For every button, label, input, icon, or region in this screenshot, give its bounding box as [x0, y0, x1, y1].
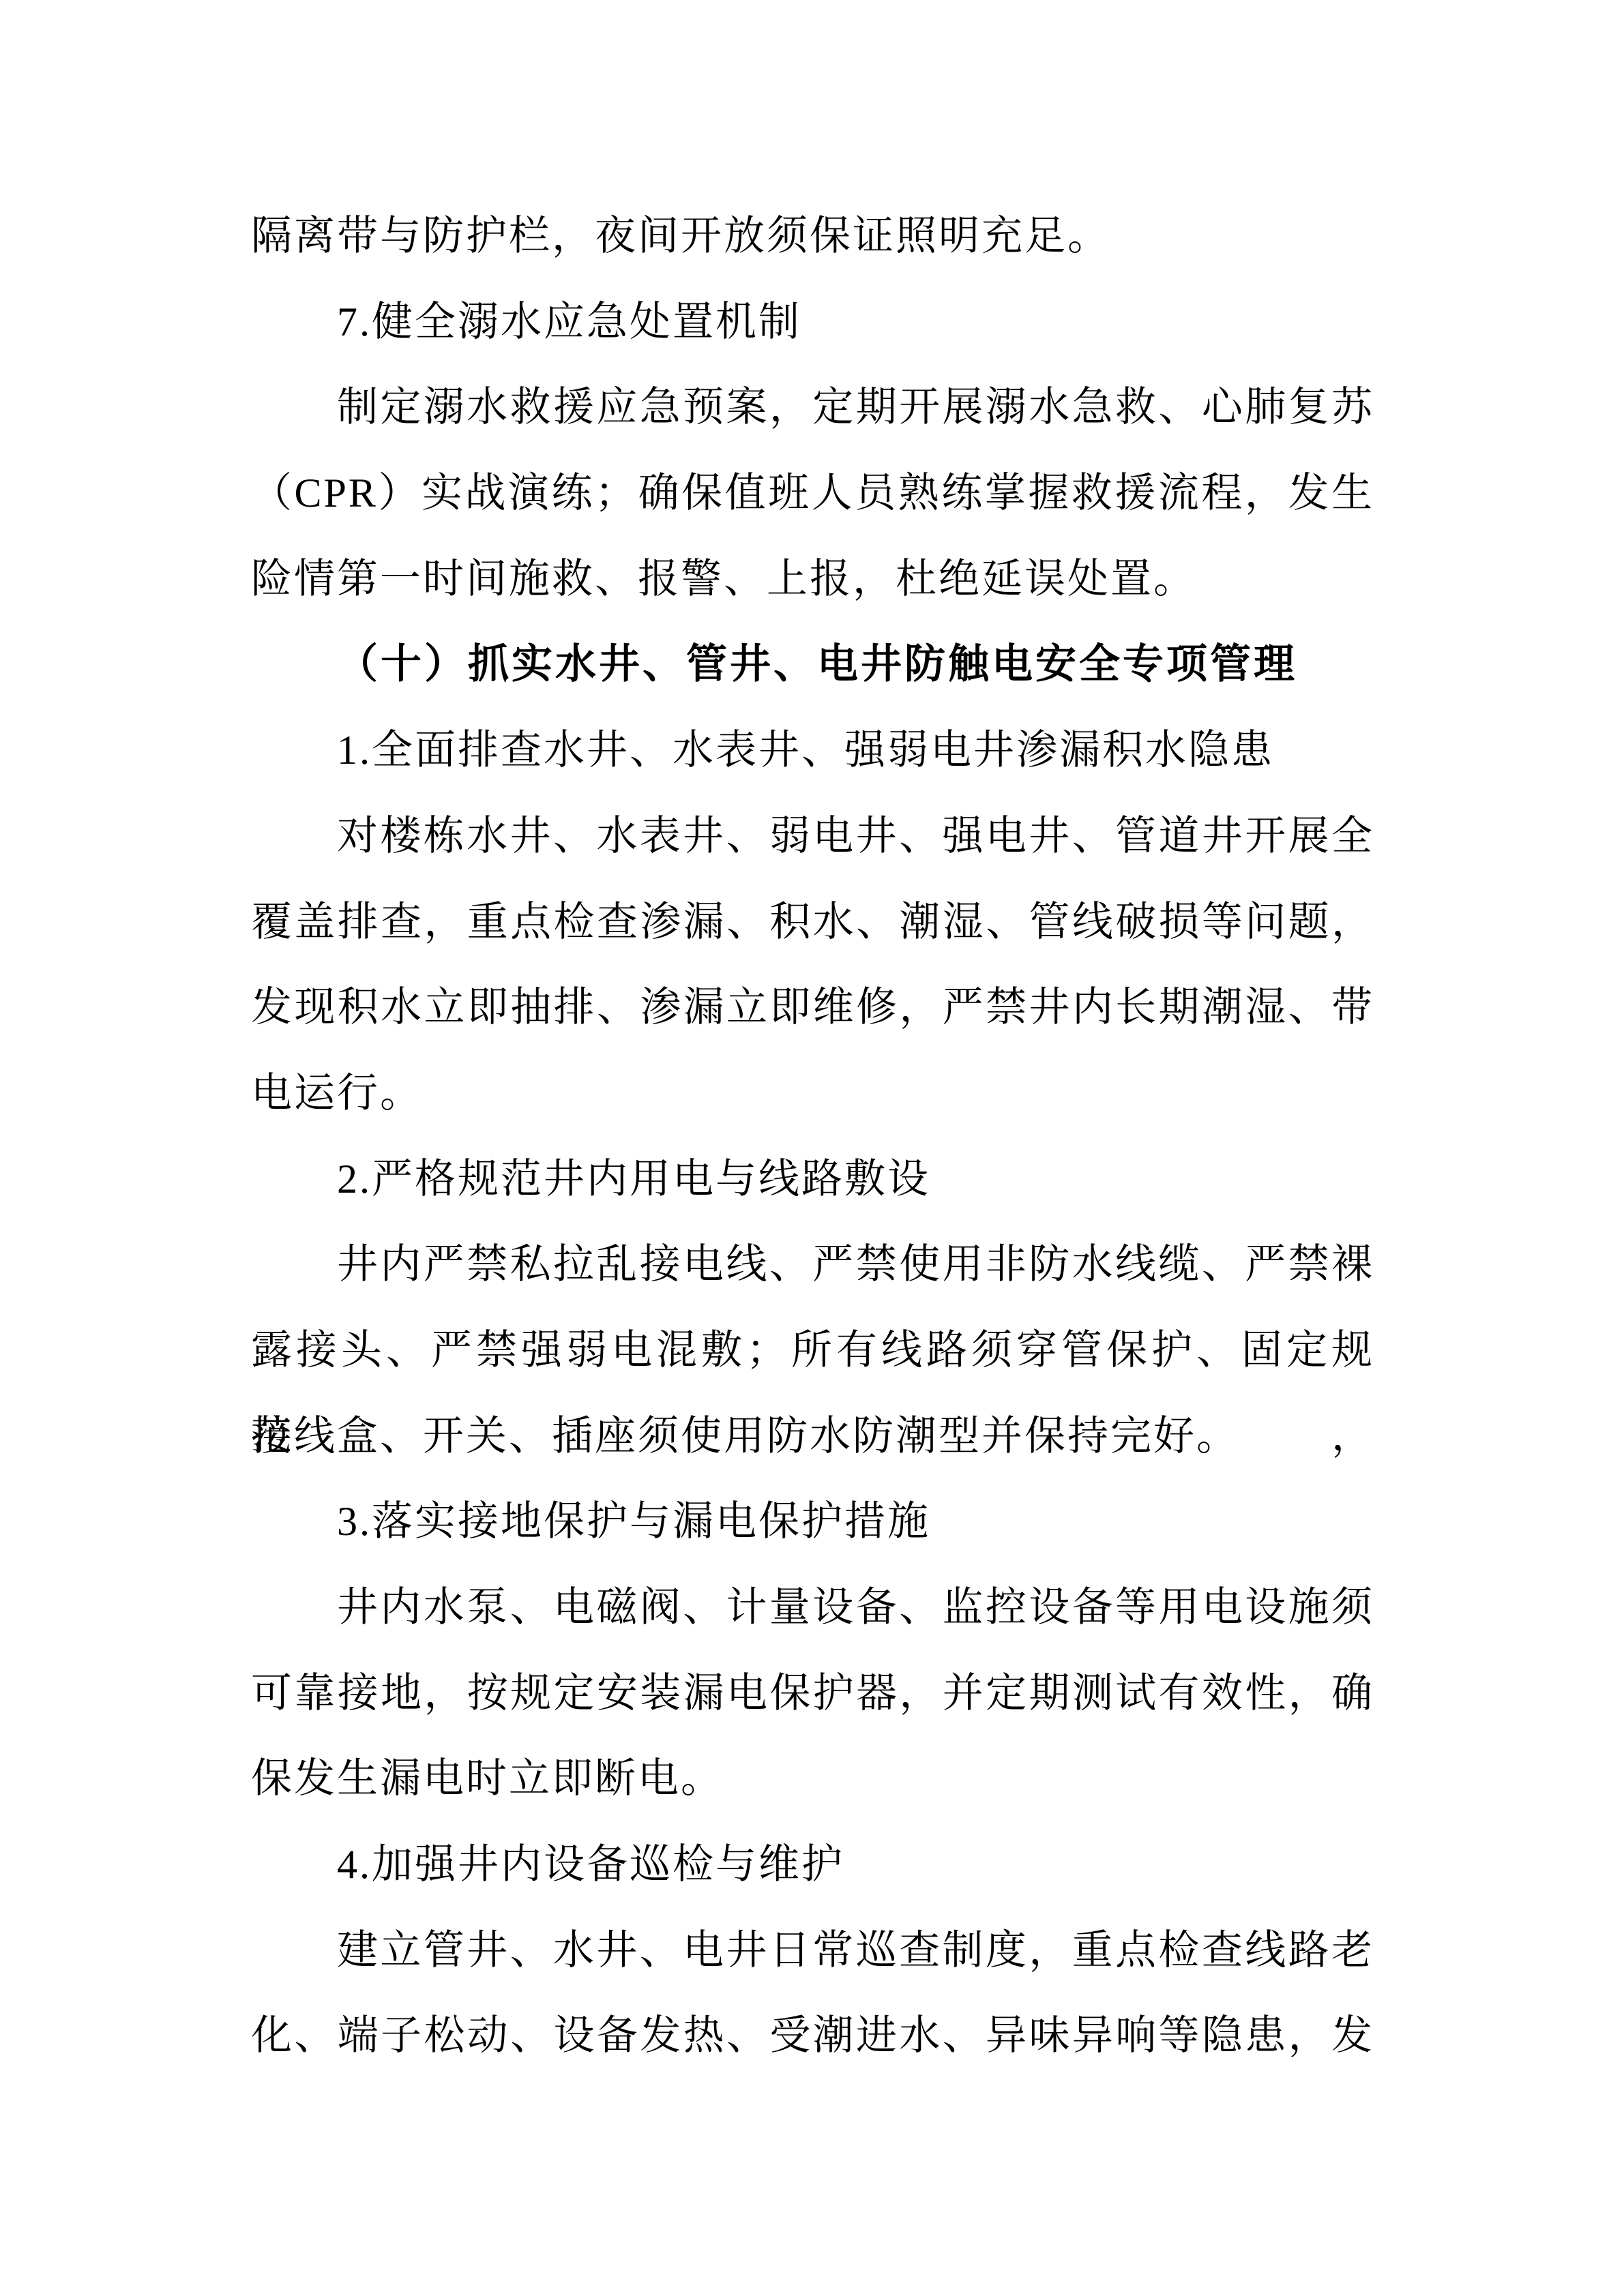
numbered-subheading: 4.加强井内设备巡检与维护 [251, 1822, 1374, 1908]
paragraph-continuation: （CPR）实战演练；确保值班人员熟练掌握救援流程，发生 [251, 451, 1374, 537]
paragraph-first-line: 制定溺水救援应急预案，定期开展溺水急救、心肺复苏 [251, 365, 1374, 451]
paragraph-continuation: 隔离带与防护栏，夜间开放须保证照明充足。 [251, 194, 1374, 280]
paragraph-continuation: 化、端子松动、设备发热、受潮进水、异味异响等隐患，发 [251, 1993, 1374, 2079]
section-heading: （十）抓实水井、管井、电井防触电安全专项管理 [251, 622, 1374, 708]
paragraph-continuation: 险情第一时间施救、报警、上报，杜绝延误处置。 [251, 537, 1374, 623]
paragraph-first-line: 井内严禁私拉乱接电线、严禁使用非防水线缆、严禁裸 [251, 1222, 1374, 1308]
paragraph-continuation: 发现积水立即抽排、渗漏立即维修，严禁井内长期潮湿、带 [251, 965, 1374, 1051]
paragraph-first-line: 建立管井、水井、电井日常巡查制度，重点检查线路老 [251, 1908, 1374, 1994]
numbered-subheading: 3.落实接地保护与漏电保护措施 [251, 1479, 1374, 1565]
document-page: 隔离带与防护栏，夜间开放须保证照明充足。7.健全溺水应急处置机制制定溺水救援应急… [0, 0, 1624, 2296]
paragraph-first-line: 井内水泵、电磁阀、计量设备、监控设备等用电设施须 [251, 1565, 1374, 1651]
paragraph-continuation: 保发生漏电时立即断电。 [251, 1736, 1374, 1822]
paragraph-continuation: 电运行。 [251, 1051, 1374, 1137]
numbered-subheading: 2.严格规范井内用电与线路敷设 [251, 1137, 1374, 1223]
numbered-subheading: 1.全面排查水井、水表井、强弱电井渗漏积水隐患 [251, 708, 1374, 794]
numbered-subheading: 7.健全溺水应急处置机制 [251, 280, 1374, 366]
paragraph-continuation: 可靠接地，按规定安装漏电保护器，并定期测试有效性，确 [251, 1651, 1374, 1737]
paragraph-first-line: 对楼栋水井、水表井、弱电井、强电井、管道井开展全 [251, 794, 1374, 880]
document-text-body: 隔离带与防护栏，夜间开放须保证照明充足。7.健全溺水应急处置机制制定溺水救援应急… [251, 194, 1374, 2079]
paragraph-continuation: 覆盖排查，重点检查渗漏、积水、潮湿、管线破损等问题， [251, 880, 1374, 966]
paragraph-continuation: 接线盒、开关、插座须使用防水防潮型并保持完好。 [251, 1394, 1374, 1480]
paragraph-continuation: 露接头、严禁强弱电混敷；所有线路须穿管保护、固定规范， [251, 1308, 1374, 1394]
